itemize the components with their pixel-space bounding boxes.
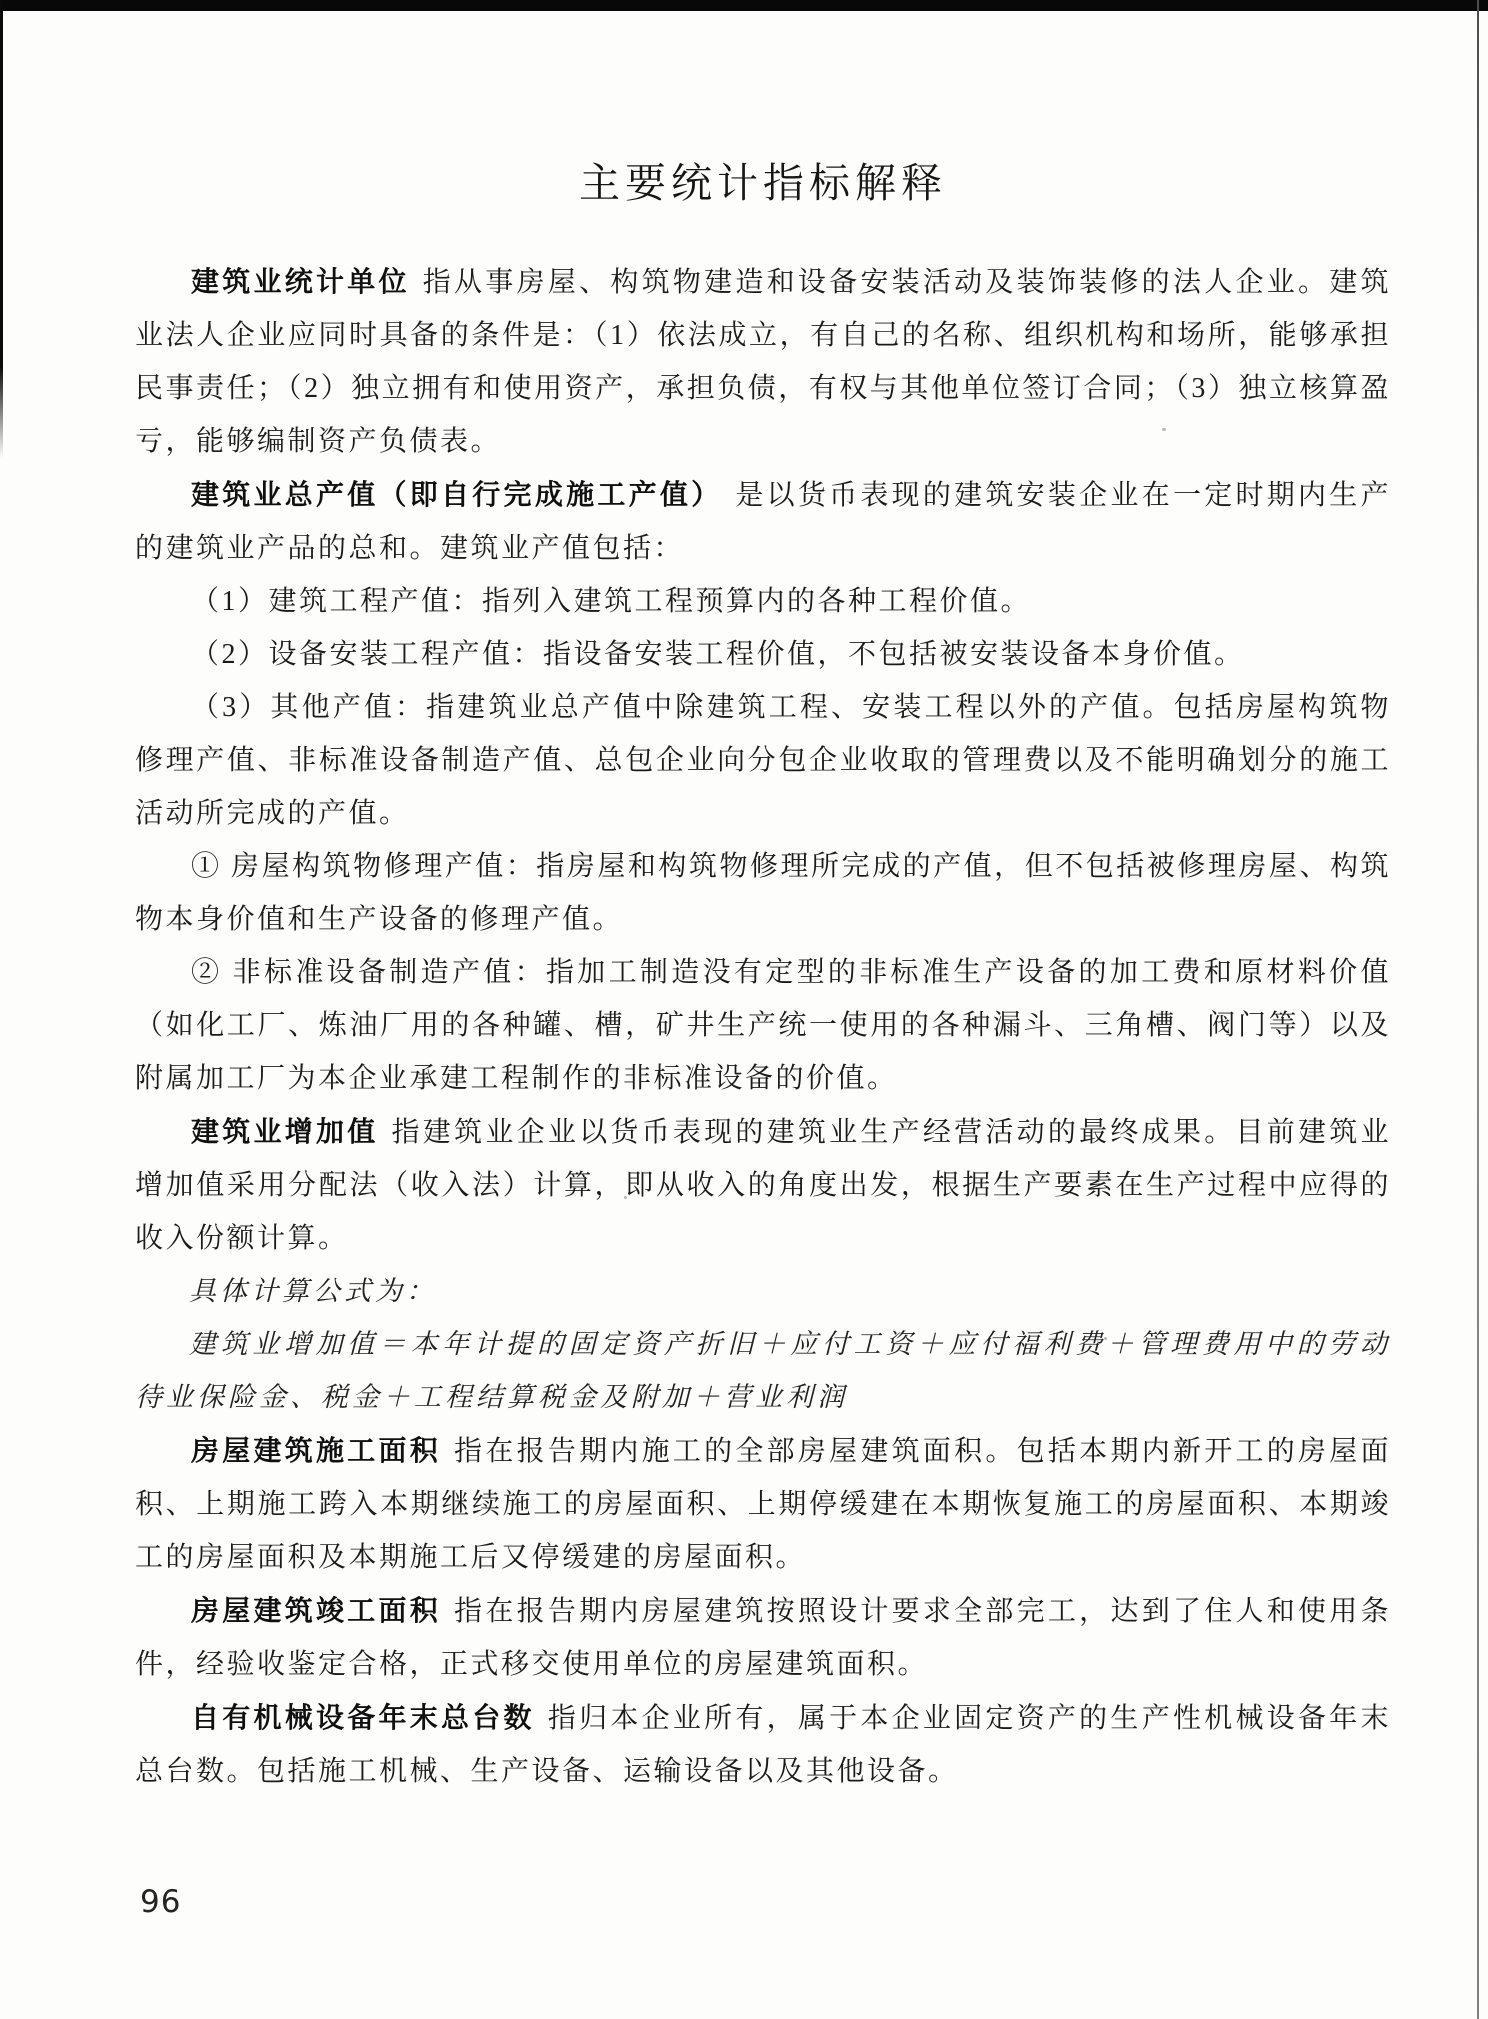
term-label: 房屋建筑施工面积 [191, 1435, 441, 1466]
term-label: 房屋建筑竣工面积 [191, 1595, 441, 1626]
definition-paragraph: 建筑业增加值指建筑业企业以货币表现的建筑业生产经营活动的最终成果。目前建筑业增加… [135, 1105, 1391, 1265]
paragraph-text: 具体计算公式为： [189, 1276, 437, 1306]
definition-paragraph: 建筑业总产值（即自行完成施工产值）是以货币表现的建筑安装企业在一定时期内生产的建… [135, 468, 1391, 575]
page-number: 96 [140, 1884, 181, 1920]
term-label: 建筑业增加值 [191, 1116, 379, 1147]
term-label: 建筑业统计单位 [191, 266, 410, 297]
definition-paragraph: 自有机械设备年末总台数指归本企业所有，属于本企业固定资产的生产性机械设备年末总台… [135, 1691, 1391, 1798]
paragraph-text: 建筑业增加值＝本年计提的固定资产折旧＋应付工资＋应付福利费＋管理费用中的劳动待业… [135, 1329, 1391, 1412]
definition-paragraph: 建筑业统计单位指从事房屋、构筑物建造和设备安装活动及装饰装修的法人企业。建筑业法… [135, 255, 1391, 468]
definition-paragraph: ① 房屋构筑物修理产值：指房屋和构筑物修理所完成的产值，但不包括被修理房屋、构筑… [135, 840, 1391, 946]
paragraph-text: ② 非标准设备制造产值：指加工制造没有定型的非标准生产设备的加工费和原材料价值（… [135, 957, 1391, 1094]
formula-intro: 具体计算公式为： [135, 1265, 1391, 1318]
paragraph-text: （3）其他产值：指建筑业总产值中除建筑工程、安装工程以外的产值。包括房屋构筑物修… [135, 692, 1391, 829]
term-label: 自有机械设备年末总台数 [191, 1702, 535, 1733]
scan-edge-left [0, 0, 3, 458]
paragraph-text: ① 房屋构筑物修理产值：指房屋和构筑物修理所完成的产值，但不包括被修理房屋、构筑… [135, 851, 1391, 935]
formula-line: 建筑业增加值＝本年计提的固定资产折旧＋应付工资＋应付福利费＋管理费用中的劳动待业… [135, 1318, 1391, 1424]
definition-paragraph: ② 非标准设备制造产值：指加工制造没有定型的非标准生产设备的加工费和原材料价值（… [135, 946, 1391, 1105]
scanned-page: 主要统计指标解释 建筑业统计单位指从事房屋、构筑物建造和设备安装活动及装饰装修的… [0, 0, 1488, 2019]
definition-paragraph: （3）其他产值：指建筑业总产值中除建筑工程、安装工程以外的产值。包括房屋构筑物修… [135, 681, 1391, 840]
scan-edge-right [1477, 0, 1479, 2019]
paragraph-text: （1）建筑工程产值：指列入建筑工程预算内的各种工程价值。 [191, 586, 1031, 617]
term-label: 建筑业总产值（即自行完成施工产值） [191, 479, 722, 510]
document-body: 建筑业统计单位指从事房屋、构筑物建造和设备安装活动及装饰装修的法人企业。建筑业法… [135, 255, 1391, 1798]
definition-paragraph: 房屋建筑竣工面积指在报告期内房屋建筑按照设计要求全部完工，达到了住人和使用条件，… [135, 1584, 1391, 1691]
definition-paragraph: 房屋建筑施工面积指在报告期内施工的全部房屋建筑面积。包括本期内新开工的房屋面积、… [135, 1424, 1391, 1584]
definition-paragraph: （2）设备安装工程产值：指设备安装工程价值，不包括被安装设备本身价值。 [135, 628, 1391, 681]
paragraph-text: （2）设备安装工程产值：指设备安装工程价值，不包括被安装设备本身价值。 [191, 639, 1245, 670]
scan-edge-top [0, 0, 1488, 11]
page-title: 主要统计指标解释 [135, 160, 1391, 207]
definition-paragraph: （1）建筑工程产值：指列入建筑工程预算内的各种工程价值。 [135, 575, 1391, 628]
